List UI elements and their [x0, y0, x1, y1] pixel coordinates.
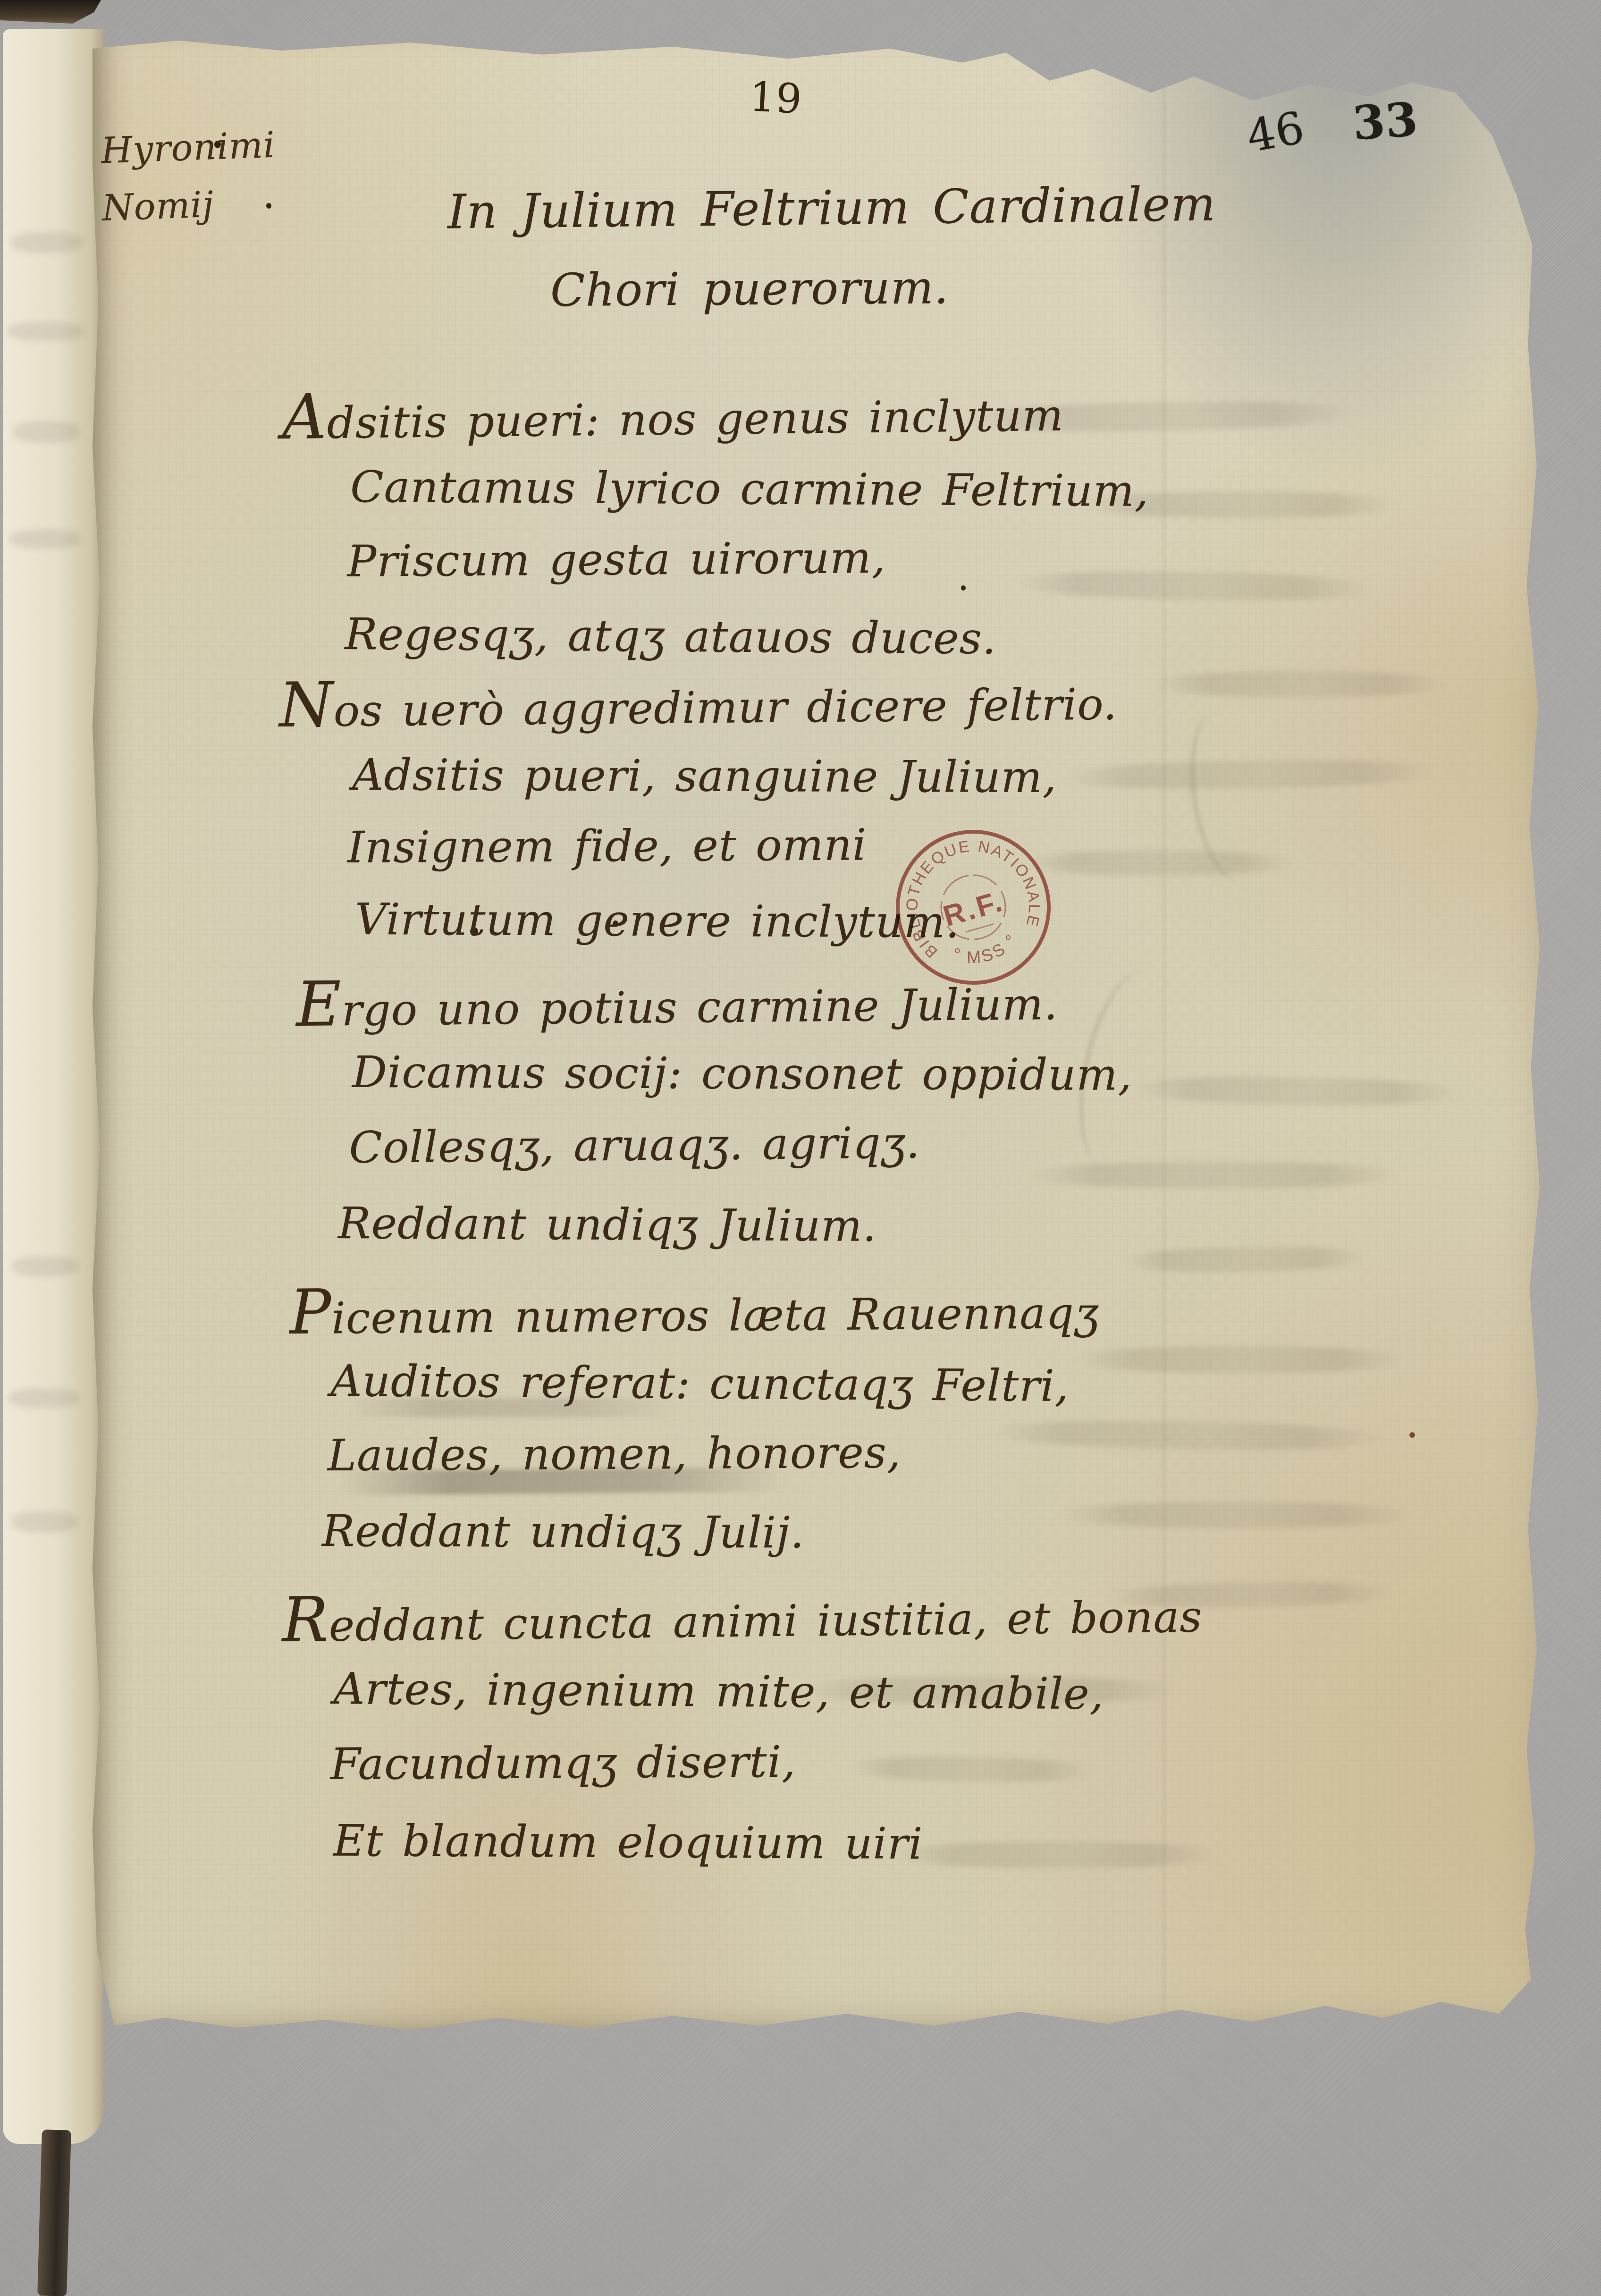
- poem-line: Reddant undiqʒ Julij.: [322, 1506, 805, 1558]
- poem-line: Dicamus socij: consonet oppidum,: [352, 1047, 1132, 1100]
- bleed-through-smudge: [1027, 1162, 1400, 1188]
- poem-line: Artes, ingenium mite, et amabile,: [333, 1663, 1104, 1719]
- poem-line: Virtutum genere inclytum.: [355, 894, 960, 948]
- previous-page-edge: [3, 29, 103, 2144]
- poem-line: Laudes, nomen, honores,: [327, 1427, 901, 1481]
- stamp-arc-text: BIBLIOTHEQUE NATIONALE: [887, 820, 1052, 964]
- poem-title-line1: In Julium Feltrium Cardinalem: [447, 176, 1216, 239]
- margin-note-line2: Nomij: [101, 183, 215, 229]
- poem-line: Collesqʒ, aruaqʒ. agriqʒ.: [349, 1117, 920, 1173]
- poem-line: Insignem fide, et omni: [347, 819, 867, 873]
- binding-edge-bottom: [37, 2129, 71, 2296]
- binding-edge-top: [0, 0, 101, 24]
- bleed-through-smudge: [1121, 1245, 1367, 1274]
- bleed-through-smudge: [9, 530, 80, 549]
- ink-speck: [266, 203, 271, 209]
- poem-line: Facundumqʒ diserti,: [330, 1737, 796, 1790]
- poem-line: Auditos referat: cunctaqʒ Feltri,: [330, 1356, 1069, 1411]
- bleed-through-smudge: [848, 1755, 1094, 1783]
- ink-speck: [961, 585, 966, 591]
- bleed-through-smudge: [8, 1389, 79, 1408]
- svg-text:BIBLIOTHEQUE NATIONALE: BIBLIOTHEQUE NATIONALE: [887, 820, 1052, 964]
- margin-note-line1: Hyronimi: [101, 124, 276, 172]
- poem-line: Reddant cuncta animi iustitia, et bonas: [281, 1575, 1203, 1656]
- poem-line: Et blandum eloquium uiri: [333, 1815, 923, 1869]
- bleed-through-smudge: [1154, 671, 1447, 697]
- bleed-through-smudge: [1060, 1502, 1409, 1528]
- manuscript-scan: Hyronimi Nomij 19 46 33 In Julium Feltri…: [0, 0, 1601, 2296]
- corner-number-right: 33: [1351, 92, 1420, 151]
- poem-line: Picenum numeros læta Rauennaqʒ: [289, 1271, 1099, 1348]
- bleed-through-smudge: [1131, 1074, 1462, 1107]
- bleed-through-smudge: [13, 421, 79, 443]
- folio-number: 19: [748, 73, 803, 123]
- poem-line: Adsitis pueri, sanguine Julium,: [352, 750, 1057, 802]
- poem-line: Nos uerò aggredimur dicere feltrio.: [279, 662, 1118, 741]
- bleed-through-smudge: [895, 1842, 1216, 1868]
- poem-line: Priscum gesta uirorum,: [347, 532, 886, 587]
- poem-line: Cantamus lyrico carmine Feltrium,: [350, 462, 1149, 516]
- bleed-through-smudge: [989, 1418, 1386, 1453]
- bleed-through-smudge: [11, 1511, 77, 1532]
- bleed-through-smudge: [1074, 1346, 1405, 1373]
- stamp-center-monogram: R.F.: [940, 885, 1008, 933]
- stamp-bottom-text: ° MSS °: [945, 926, 1026, 975]
- bleed-through-smudge: [11, 232, 82, 253]
- bleed-through-smudge: [8, 322, 83, 341]
- poem-line: Regesqʒ, atqʒ atauos duces.: [345, 609, 997, 664]
- corner-number-left: 46: [1243, 102, 1308, 162]
- bleed-through-smudge: [1013, 569, 1372, 602]
- poem-line: Reddant undiqʒ Julium.: [338, 1198, 877, 1251]
- poem-title-line2: Chori puerorum.: [550, 261, 949, 317]
- svg-text:° MSS °: ° MSS °: [945, 926, 1026, 975]
- ink-speck: [1409, 1432, 1415, 1438]
- bleed-through-smudge: [12, 1257, 78, 1276]
- poem-line: Adsitis pueri: nos genus inclytum: [281, 373, 1064, 453]
